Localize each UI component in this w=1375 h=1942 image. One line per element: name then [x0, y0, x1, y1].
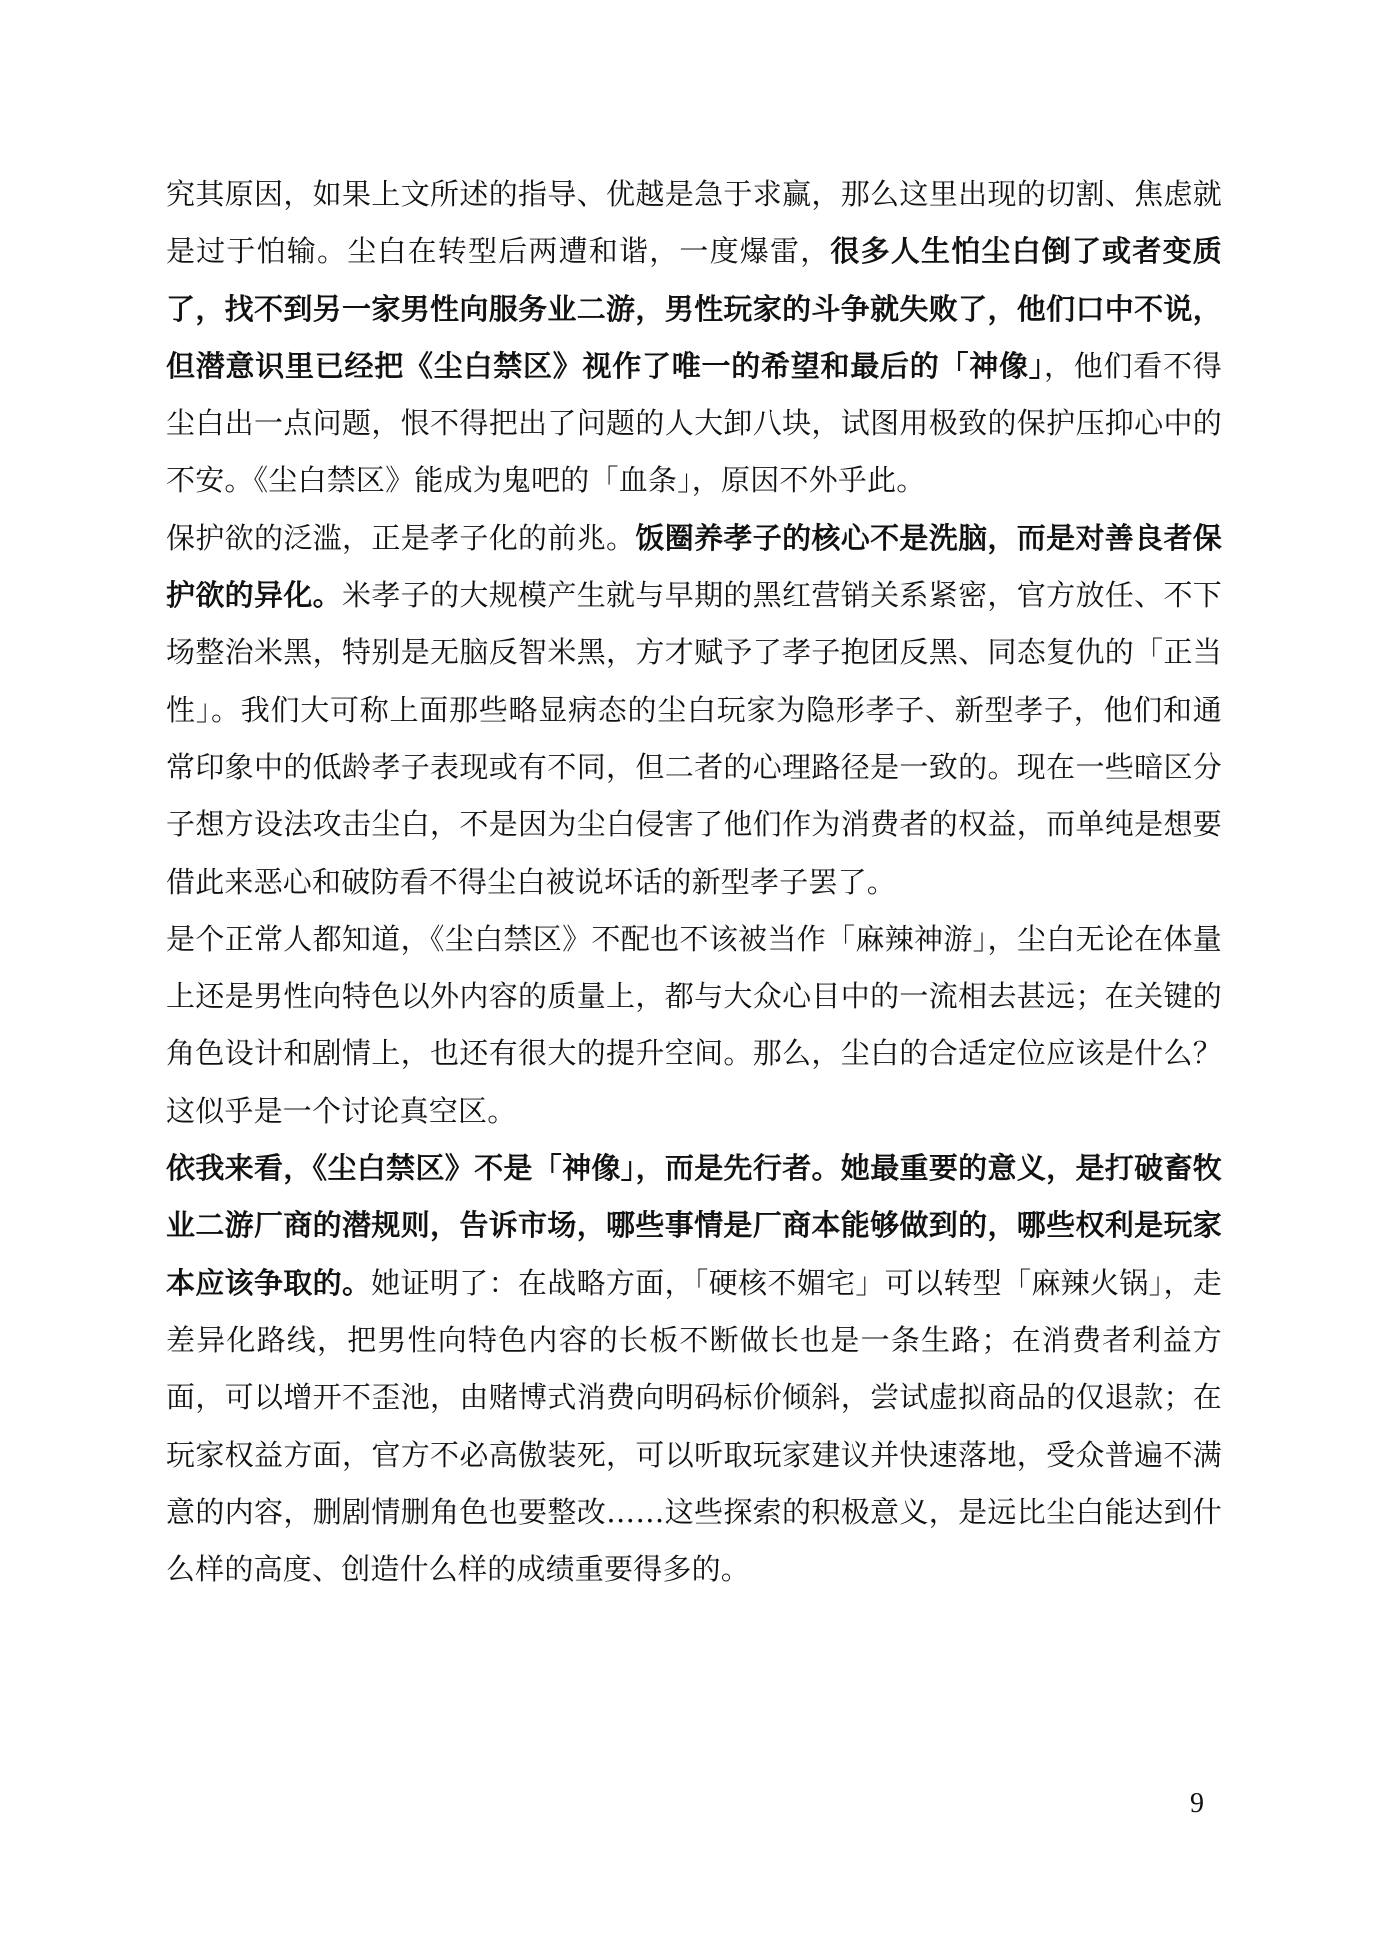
paragraph-2: 保护欲的泛滥，正是孝子化的前兆。饭圈养孝子的核心不是洗脑，而是对善良者保护欲的异… [166, 510, 1222, 911]
paragraph-4: 依我来看，《尘白禁区》不是「神像」，而是先行者。她最重要的意义，是打破畜牧业二游… [166, 1140, 1222, 1598]
paragraph-3-run-1: 是个正常人都知道，《尘白禁区》不配也不该被当作「麻辣神游」，尘白无论在体量上还是… [166, 922, 1222, 1128]
paragraph-4-run-2: 她证明了：在战略方面，「硬核不媚宅」可以转型「麻辣火锅」，走差异化路线，把男性向… [166, 1266, 1222, 1586]
paragraph-2-run-1: 保护欲的泛滥，正是孝子化的前兆。 [166, 521, 635, 555]
paragraph-2-run-3: 米孝子的大规模产生就与早期的黑红营销关系紧密，官方放任、不下场整治米黑，特别是无… [166, 578, 1222, 898]
document-body: 究其原因，如果上文所述的指导、优越是急于求赢，那么这里出现的切割、焦虑就是过于怕… [166, 166, 1222, 1598]
paragraph-3: 是个正常人都知道，《尘白禁区》不配也不该被当作「麻辣神游」，尘白无论在体量上还是… [166, 911, 1222, 1140]
page-number: 9 [1190, 1788, 1204, 1820]
paragraph-1: 究其原因，如果上文所述的指导、优越是急于求赢，那么这里出现的切割、焦虑就是过于怕… [166, 166, 1222, 510]
